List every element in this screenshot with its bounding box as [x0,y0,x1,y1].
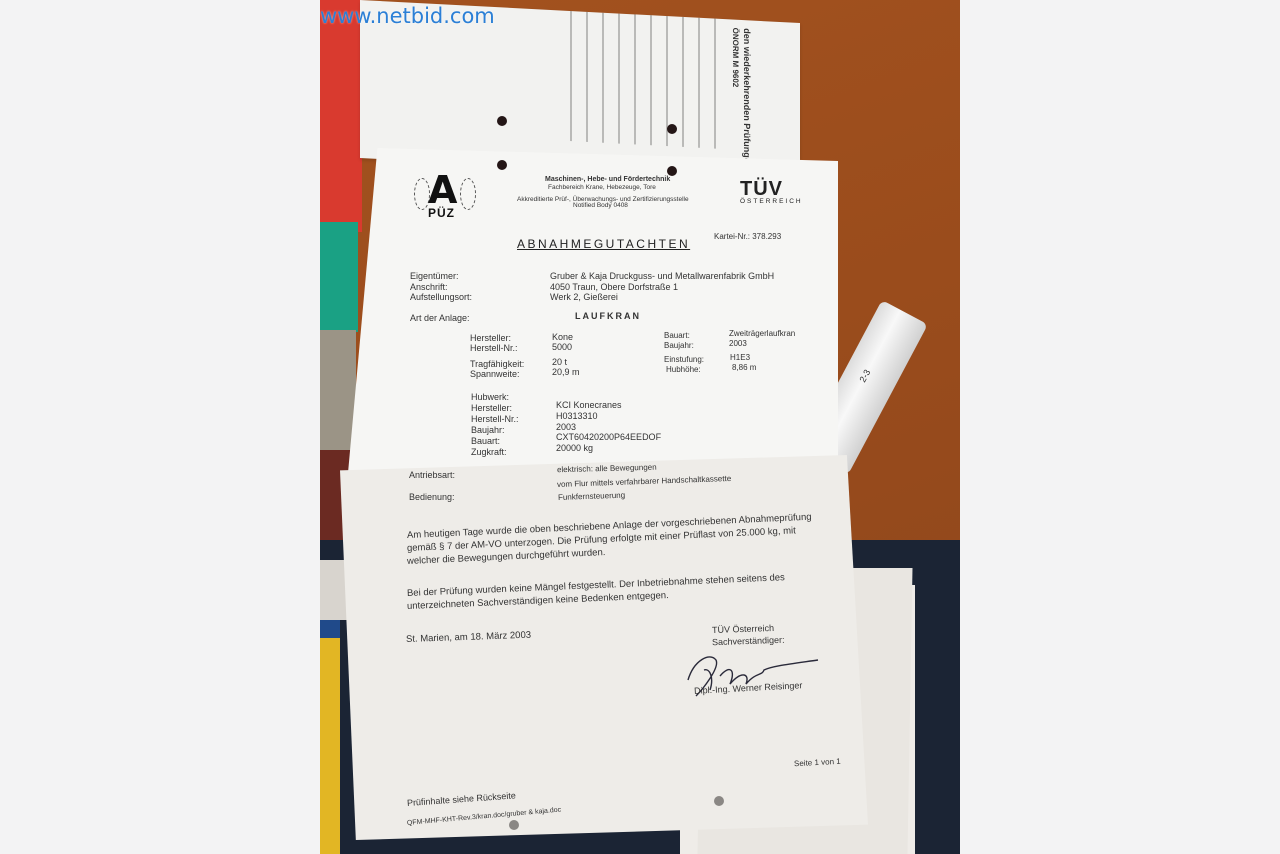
location-value: Werk 2, Gießerei [550,292,618,302]
document-photo: 2-3 den wiederkehrenden Prüfungen ÖNORM … [320,0,960,854]
hubwerk-heading: Hubwerk: [471,392,509,402]
punch-hole [714,796,724,806]
herstell-nr-label: Herstell-Nr.: [470,343,518,353]
tragfaehigkeit-value: 20 t [552,357,567,367]
red-binder [320,0,362,232]
green-binder [320,222,358,332]
bedienung-label: Bedienung: [409,492,455,502]
hubwerk-zugkraft-label: Zugkraft: [471,447,507,457]
einstufung-value: H1E3 [730,353,750,362]
gray-binder [320,330,356,455]
yellow-sheet [320,620,340,854]
spannweite-label: Spannweite: [470,369,520,379]
hubhoehe-value: 8,86 m [732,363,756,372]
owner-label: Eigentümer: [410,271,459,281]
hersteller-label: Hersteller: [470,333,511,343]
netbid-watermark: www.netbid.com [320,4,495,28]
owner-value: Gruber & Kaja Druckguss- und Metallwaren… [550,271,774,281]
bauart-label: Bauart: [664,331,690,340]
punch-hole [497,116,507,126]
back-page-heading: den wiederkehrenden Prüfungen [742,28,752,169]
org-line-4: Notified Body 0408 [573,202,628,209]
marker-label: 2-3 [857,368,872,384]
address-label: Anschrift: [410,282,448,292]
punch-hole [497,160,507,170]
hubwerk-hersteller-value: KCI Konecranes [556,400,622,410]
hubwerk-bauart-label: Bauart: [471,436,500,446]
art-der-anlage-label: Art der Anlage: [410,313,470,323]
yellow-sheet-header [320,620,340,638]
back-page-subheading: ÖNORM M 9602 [731,27,740,87]
herstell-nr-value: 5000 [552,342,572,352]
tragfaehigkeit-label: Tragfähigkeit: [470,359,524,369]
hubwerk-herstell-nr-value: H0313310 [556,411,598,421]
org-line-1: Maschinen-, Hebe- und Fördertechnik [545,176,670,183]
antriebsart-label: Antriebsart: [409,470,455,480]
hubwerk-bauart-value: CXT60420200P64EEDOF [556,432,661,442]
address-value: 4050 Traun, Obere Dorfstraße 1 [550,282,678,292]
bauart-value: Zweiträgerlaufkran [729,329,795,338]
hubhoehe-label: Hubhöhe: [666,365,701,374]
apuz-eagle-logo: A PÜZ [414,170,474,224]
tuv-austria-logo: TÜV ÖSTERREICH [740,178,803,205]
eagle-wing-right-icon [460,178,476,210]
hersteller-value: Kone [552,332,573,342]
hubwerk-baujahr-value: 2003 [556,422,576,432]
hubwerk-hersteller-label: Hersteller: [471,403,512,413]
art-der-anlage-value: LAUFKRAN [575,311,641,321]
org-line-2: Fachbereich Krane, Hebezeuge, Tore [548,184,656,191]
baujahr-value: 2003 [729,339,747,348]
document-title: ABNAHMEGUTACHTEN [517,237,690,251]
punch-hole [509,820,519,830]
hubwerk-baujahr-label: Baujahr: [471,425,505,435]
punch-hole [667,166,677,176]
spannweite-value: 20,9 m [552,367,580,377]
einstufung-label: Einstufung: [664,355,704,364]
hubwerk-zugkraft-value: 20000 kg [556,443,593,453]
kartei-number: Kartei-Nr.: 378.293 [714,232,781,241]
baujahr-label: Baujahr: [664,341,694,350]
hubwerk-herstell-nr-label: Herstell-Nr.: [471,414,519,424]
location-label: Aufstellungsort: [410,292,472,302]
punch-hole [667,124,677,134]
